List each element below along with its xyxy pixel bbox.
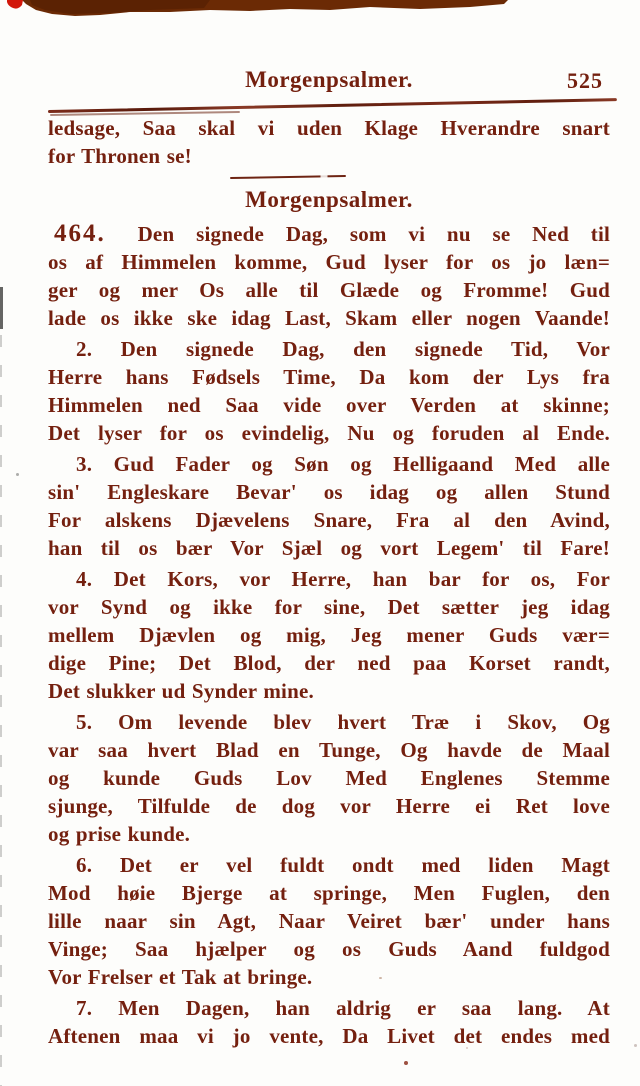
verse-line: 4. Det Kors, vor Herre, han bar for os, … xyxy=(48,565,610,593)
verse-line: han til os bær Vor Sjæl og vort Legem' t… xyxy=(48,534,610,562)
verse-line: sin' Engleskare Bevar' os idag og allen … xyxy=(48,478,610,506)
verse-line: Vinge; Saa hjælper og os Guds Aand fuldg… xyxy=(48,935,610,963)
verse-line: Aftenen maa vi jo vente, Da Livet det en… xyxy=(48,1022,610,1050)
verse-line: For alskens Djævelens Snare, Fra al den … xyxy=(48,506,610,534)
verse-paragraph: 3. Gud Fader og Søn og Helligaand Med al… xyxy=(48,450,610,562)
verse-line: Det lyser for os evindelig, Nu og forude… xyxy=(48,419,610,447)
verse-line: og kunde Guds Lov Med Englenes Stemme xyxy=(48,764,610,792)
ink-smear xyxy=(0,0,640,24)
running-header: Morgenpsalmer. 525 xyxy=(48,67,610,97)
verse-paragraph: 4. Det Kors, vor Herre, han bar for os, … xyxy=(48,565,610,705)
verse-paragraph: 6. Det er vel fuldt ondt med liden Magt … xyxy=(48,851,610,991)
red-ink-mark xyxy=(7,0,23,9)
continuation-paragraph: ledsage, Saa skal vi uden Klage Hverandr… xyxy=(48,114,610,170)
verse-line: 3. Gud Fader og Søn og Helligaand Med al… xyxy=(48,450,610,478)
verse-line: og prise kunde. xyxy=(48,820,610,848)
verse-line: lade os ikke ske idag Last, Skam eller n… xyxy=(48,304,610,332)
verse-line: ger og mer Os alle til Glæde og Fromme! … xyxy=(48,276,610,304)
section-divider-rule xyxy=(230,175,346,179)
scan-speck xyxy=(16,473,19,476)
verse-line: Himmelen ned Saa vide over Verden at ski… xyxy=(48,391,610,419)
page-edge-mark xyxy=(0,287,3,329)
verse-line: dige Pine; Det Blod, der ned paa Korset … xyxy=(48,649,610,677)
scanned-hymnal-page: Morgenpsalmer. 525 ledsage, Saa skal vi … xyxy=(0,0,640,1086)
scan-speck xyxy=(634,1044,637,1047)
section-heading: Morgenpsalmer. xyxy=(48,186,610,214)
verse-paragraph: 5. Om levende blev hvert Træ i Skov, Og … xyxy=(48,708,610,848)
text-column: ledsage, Saa skal vi uden Klage Hverandr… xyxy=(48,114,610,1050)
verse-line: 2. Den signede Dag, den signede Tid, Vor xyxy=(48,335,610,363)
running-header-title: Morgenpsalmer. xyxy=(48,67,610,93)
page-number: 525 xyxy=(567,68,603,94)
verse-line: sjunge, Tilfulde de dog vor Herre ei Ret… xyxy=(48,792,610,820)
verse-line: Herre hans Fødsels Time, Da kom der Lys … xyxy=(48,363,610,391)
scan-speck xyxy=(404,1061,408,1065)
verse-paragraph: 464. Den signede Dag, som vi nu se Ned t… xyxy=(48,220,610,332)
verse-line: Mod høie Bjerge at springe, Men Fuglen, … xyxy=(48,879,610,907)
page-edge-dashes xyxy=(0,335,2,1086)
verse-line: var saa hvert Blad en Tunge, Og havde de… xyxy=(48,736,610,764)
text-line: for Thronen se! xyxy=(48,142,610,170)
verse-line: Det slukker ud Synder mine. xyxy=(48,677,610,705)
verse-line: 6. Det er vel fuldt ondt med liden Magt xyxy=(48,851,610,879)
verse-line-text: Den signede Dag, som vi nu se Ned til xyxy=(138,222,610,246)
header-rule xyxy=(48,98,617,112)
verse-line: 464. Den signede Dag, som vi nu se Ned t… xyxy=(48,220,610,248)
verse-line: vor Synd og ikke for sine, Det sætter je… xyxy=(48,593,610,621)
verse-line: Vor Frelser et Tak at bringe. xyxy=(48,963,610,991)
verse-line: 5. Om levende blev hvert Træ i Skov, Og xyxy=(48,708,610,736)
text-line: ledsage, Saa skal vi uden Klage Hverandr… xyxy=(48,114,610,142)
verse-line: os af Himmelen komme, Gud lyser for os j… xyxy=(48,248,610,276)
verse-line: mellem Djævlen og mig, Jeg mener Guds væ… xyxy=(48,621,610,649)
hymn-number: 464. xyxy=(54,220,116,247)
verse-line: 7. Men Dagen, han aldrig er saa lang. At xyxy=(48,994,610,1022)
verse-paragraph: 2. Den signede Dag, den signede Tid, Vor… xyxy=(48,335,610,447)
verse-paragraph: 7. Men Dagen, han aldrig er saa lang. At… xyxy=(48,994,610,1050)
verse-line: lille naar sin Agt, Naar Veiret bær' und… xyxy=(48,907,610,935)
